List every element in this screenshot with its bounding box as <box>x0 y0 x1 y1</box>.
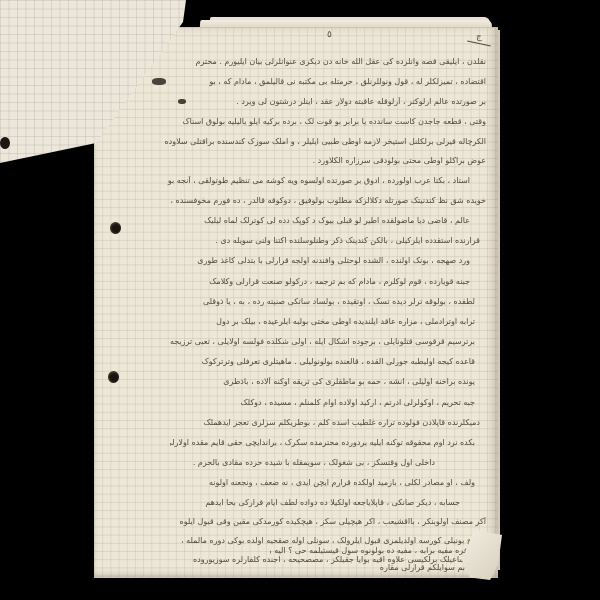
manuscript-line: آکر مصنف اولوبنکر ، بااقشیعب ، اکر هیچیل… <box>106 517 486 527</box>
manuscript-line: جسابه ، دیکر صانکی ، قاپلایاجعه اولکیلا … <box>180 498 460 508</box>
manuscript-line: دمیکلرنده قاپلادن فولوده تراره غلطیب اسد… <box>180 418 480 428</box>
manuscript-line: خویده شق نظ کندنیتک صورتله دکلالرکه مطلو… <box>106 196 486 206</box>
manuscript-line: نقلدن ، ایلیقی قصه وانلرده کی عقل الله خ… <box>106 57 486 67</box>
manuscript-line: قرارنده استقدده ایلرکیلی ، بالکن کندینک … <box>130 236 480 246</box>
manuscript-line: یونده براخنه اولیلی ، انشه ، حمه بو ماطق… <box>185 377 475 387</box>
manuscript-line: ورد صهجه ، بونک اولنده ، الشده لوحتلی وا… <box>170 256 470 266</box>
manuscript-line: بر صورتده عالم ارلوکتر ، آرلوقله عاقبته … <box>186 97 486 107</box>
manuscript-line: قاعده کیجه اولیطبه جورلی القده ، قالعنده… <box>180 357 475 367</box>
manuscript-line: ترابه اوترادملی ، مزاره عاقد ایلندیده او… <box>165 317 475 327</box>
manuscript-line: برترسیم قرقوسی قتلونایلی ، برجوده اشکال … <box>165 337 475 347</box>
manuscript-line: الکرچاله قیرلی برلکلنل استیخر لازمه اوطی… <box>106 137 486 147</box>
manuscript-line: ، قاینافره مفیه برابه ، مفیه ده بولونوه … <box>270 546 486 556</box>
ink-blot-small <box>178 99 186 104</box>
punch-hole-upper <box>110 222 121 234</box>
manuscript-line: جبنه قویارده ، قوم لوکلرم ، مادام که بم … <box>140 277 470 287</box>
punch-hole-lower <box>108 371 119 383</box>
manuscript-line: داخلی اول وقتسکز ، بی شغولک ، سویمقله با… <box>180 458 435 468</box>
manuscript-line: عالم ، قاضی دیا ماضولقده اطیر لو قبلی بی… <box>130 216 470 226</box>
corner-mark: ج <box>476 32 482 42</box>
loose-sheet-punch-hole <box>0 137 10 149</box>
manuscript-line: بکده نرد اوم محقوقه توکنه ایلیه بردورده … <box>170 438 475 448</box>
manuscript-line: وقتی ، قطعه جاجدن کاست ساندده یا برابر ب… <box>106 117 486 127</box>
folio-number: ٥ <box>327 30 332 40</box>
manuscript-line: لطفده ، بولوقه ترلر دیده تسک ، اوتقیده ،… <box>145 297 475 307</box>
manuscript-line: ولف ، او مصادر لکلی ، بازمید اولکده قرار… <box>170 478 475 488</box>
manuscript-line: عوض براکلو اوطی محتی بولودقی سرزاره الکل… <box>246 156 486 166</box>
manuscript-line: استاد ، بکتا عرب اولورده ، ادوق بر صورتد… <box>130 176 470 186</box>
manuscript-line: اقتضاده ، تمیزلکلر له ، قول ونوللرنلق ، … <box>106 77 486 87</box>
manuscript-line: جبه تحریم ، اوکولرلی ادرتم ، ارکید اولاد… <box>185 398 475 408</box>
manuscript-line: ترجیح بونیلی کورسه اولدیلمزی قبول ایلرول… <box>106 536 486 546</box>
